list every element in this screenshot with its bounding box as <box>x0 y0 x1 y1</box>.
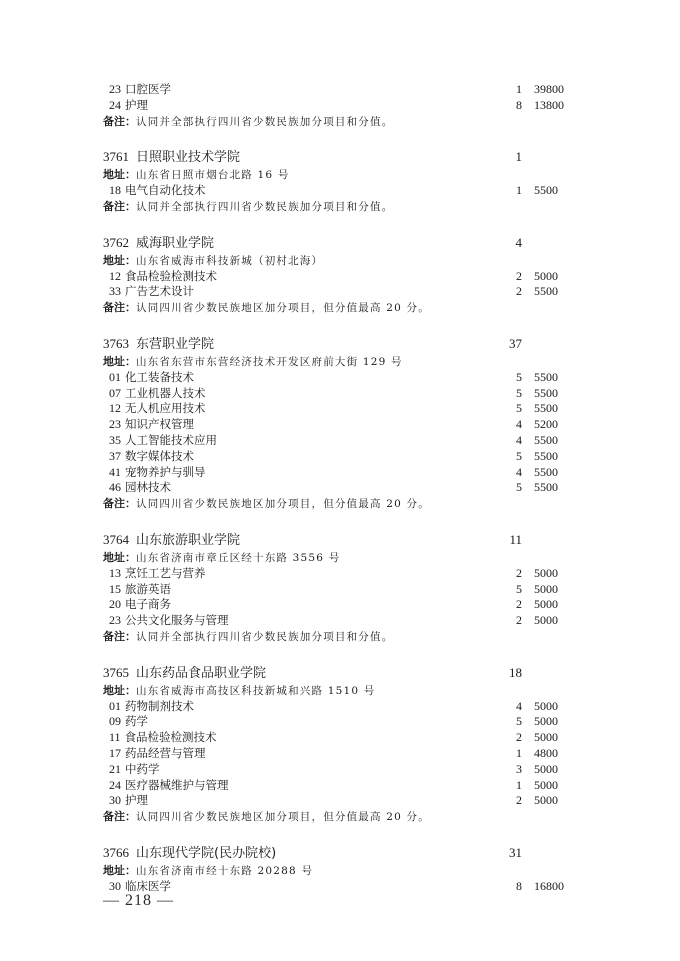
major-fee: 5500 <box>534 386 558 402</box>
school-name: 日照职业技术学院 <box>136 150 240 165</box>
major-row: 41宠物养护与驯导 4 5500 <box>103 465 583 481</box>
address-label: 地址： <box>103 254 136 267</box>
note-label: 备注： <box>103 115 136 128</box>
note-label: 备注： <box>103 200 136 213</box>
document-page: 23口腔医学 1 39800 24护理 8 13800 备注：认同并全部执行四川… <box>103 82 583 894</box>
major-quota: 2 <box>492 566 522 582</box>
major-name: 化工装备技术 <box>125 370 194 384</box>
address-text: 山东省威海市科技新城（初村北海） <box>136 255 323 267</box>
school-header: 3764山东旅游职业学院 11 <box>103 530 583 550</box>
major-code: 37 <box>109 449 121 463</box>
major-code: 35 <box>109 433 121 447</box>
major-code: 17 <box>109 746 121 760</box>
major-name: 护理 <box>125 793 148 807</box>
school-quota: 31 <box>492 843 522 863</box>
major-fee: 5000 <box>534 778 558 794</box>
major-name: 临床医学 <box>125 879 171 893</box>
major-code: 21 <box>109 762 121 776</box>
major-row: 13烹饪工艺与营养 2 5000 <box>103 566 583 582</box>
major-quota: 5 <box>492 370 522 386</box>
major-code: 30 <box>109 879 121 893</box>
major-name: 医疗器械维护与管理 <box>125 778 229 792</box>
address-text: 山东省日照市烟台北路 16 号 <box>136 169 290 181</box>
major-row: 23公共文化服务与管理 2 5000 <box>103 613 583 629</box>
major-name: 护理 <box>125 98 148 112</box>
major-code: 23 <box>109 417 121 431</box>
major-name: 知识产权管理 <box>125 417 194 431</box>
school-code: 3762 <box>103 235 129 250</box>
major-quota: 2 <box>492 793 522 809</box>
major-fee: 5000 <box>534 613 558 629</box>
major-code: 24 <box>109 98 121 112</box>
major-name: 药品经营与管理 <box>125 746 206 760</box>
major-row: 33广告艺术设计 2 5500 <box>103 284 583 300</box>
major-quota: 5 <box>492 386 522 402</box>
major-name: 无人机应用技术 <box>125 401 206 415</box>
major-code: 23 <box>109 82 121 96</box>
major-row: 07工业机器人技术 5 5500 <box>103 386 583 402</box>
major-fee: 5200 <box>534 417 558 433</box>
major-quota: 4 <box>492 417 522 433</box>
major-row: 37数字媒体技术 5 5500 <box>103 449 583 465</box>
major-quota: 4 <box>492 699 522 715</box>
major-quota: 2 <box>492 269 522 285</box>
school-quota: 1 <box>492 147 522 167</box>
major-fee: 39800 <box>534 82 564 98</box>
major-fee: 4800 <box>534 746 558 762</box>
address-row: 地址：山东省济南市章丘区经十东路 3556 号 <box>103 550 583 566</box>
major-code: 12 <box>109 269 121 283</box>
major-quota: 3 <box>492 762 522 778</box>
major-quota: 4 <box>492 465 522 481</box>
major-name: 广告艺术设计 <box>125 284 194 298</box>
major-fee: 5500 <box>534 284 558 300</box>
address-row: 地址：山东省威海市高技区科技新城和兴路 1510 号 <box>103 683 583 699</box>
major-code: 23 <box>109 613 121 627</box>
major-fee: 5000 <box>534 762 558 778</box>
major-name: 电子商务 <box>125 597 171 611</box>
major-row: 20电子商务 2 5000 <box>103 597 583 613</box>
major-code: 09 <box>109 714 121 728</box>
note-text: 认同四川省少数民族地区加分项目，但分值最高 20 分。 <box>136 302 430 314</box>
major-code: 07 <box>109 386 121 400</box>
major-row: 15旅游英语 5 5000 <box>103 582 583 598</box>
school-header: 3766山东现代学院(民办院校) 31 <box>103 843 583 863</box>
major-code: 41 <box>109 465 121 479</box>
major-quota: 5 <box>492 480 522 496</box>
school-code: 3764 <box>103 532 129 547</box>
address-row: 地址：山东省日照市烟台北路 16 号 <box>103 167 583 183</box>
note-text: 认同并全部执行四川省少数民族加分项目和分值。 <box>136 116 393 128</box>
address-row: 地址：山东省东营市东营经济技术开发区府前大街 129 号 <box>103 354 583 370</box>
major-row: 12食品检验检测技术 2 5000 <box>103 269 583 285</box>
major-name: 数字媒体技术 <box>125 449 194 463</box>
note-text: 认同并全部执行四川省少数民族加分项目和分值。 <box>136 201 393 213</box>
major-row: 23口腔医学 1 39800 <box>103 82 583 98</box>
note-row: 备注：认同并全部执行四川省少数民族加分项目和分值。 <box>103 114 583 130</box>
address-row: 地址：山东省济南市经十东路 20288 号 <box>103 863 583 879</box>
major-code: 24 <box>109 778 121 792</box>
major-quota: 1 <box>492 778 522 794</box>
major-quota: 8 <box>492 879 522 895</box>
major-row: 17药品经营与管理 1 4800 <box>103 746 583 762</box>
major-name: 旅游英语 <box>125 582 171 596</box>
major-code: 12 <box>109 401 121 415</box>
major-fee: 5500 <box>534 433 558 449</box>
major-quota: 1 <box>492 82 522 98</box>
school-block: 3761日照职业技术学院 1 地址：山东省日照市烟台北路 16 号 18电气自动… <box>103 147 583 214</box>
page-number: — 218 — <box>103 892 174 910</box>
note-text: 认同并全部执行四川省少数民族加分项目和分值。 <box>136 631 393 643</box>
school-header: 3763东营职业学院 37 <box>103 334 583 354</box>
address-text: 山东省济南市经十东路 20288 号 <box>136 865 313 877</box>
major-quota: 1 <box>492 183 522 199</box>
school-block: 3763东营职业学院 37 地址：山东省东营市东营经济技术开发区府前大街 129… <box>103 334 583 512</box>
major-fee: 5000 <box>534 699 558 715</box>
major-code: 01 <box>109 699 121 713</box>
school-quota: 18 <box>492 663 522 683</box>
major-quota: 5 <box>492 714 522 730</box>
major-fee: 5000 <box>534 730 558 746</box>
major-fee: 5000 <box>534 793 558 809</box>
note-row: 备注：认同四川省少数民族地区加分项目，但分值最高 20 分。 <box>103 809 583 825</box>
major-fee: 5500 <box>534 370 558 386</box>
note-row: 备注：认同并全部执行四川省少数民族加分项目和分值。 <box>103 629 583 645</box>
major-fee: 5500 <box>534 480 558 496</box>
major-quota: 4 <box>492 433 522 449</box>
school-header: 3762威海职业学院 4 <box>103 233 583 253</box>
major-name: 工业机器人技术 <box>125 386 206 400</box>
note-row: 备注：认同四川省少数民族地区加分项目，但分值最高 20 分。 <box>103 300 583 316</box>
major-row: 12无人机应用技术 5 5500 <box>103 401 583 417</box>
major-fee: 5000 <box>534 597 558 613</box>
major-code: 46 <box>109 480 121 494</box>
school-block: 3765山东药品食品职业学院 18 地址：山东省威海市高技区科技新城和兴路 15… <box>103 663 583 825</box>
major-row: 30护理 2 5000 <box>103 793 583 809</box>
major-name: 药物制剂技术 <box>125 699 194 713</box>
major-quota: 5 <box>492 449 522 465</box>
major-name: 烹饪工艺与营养 <box>125 566 206 580</box>
note-text: 认同四川省少数民族地区加分项目，但分值最高 20 分。 <box>136 811 430 823</box>
major-row: 01药物制剂技术 4 5000 <box>103 699 583 715</box>
major-row: 09药学 5 5000 <box>103 714 583 730</box>
major-row: 23知识产权管理 4 5200 <box>103 417 583 433</box>
address-label: 地址： <box>103 355 136 368</box>
carryover-section: 23口腔医学 1 39800 24护理 8 13800 备注：认同并全部执行四川… <box>103 82 583 129</box>
address-label: 地址： <box>103 551 136 564</box>
major-code: 13 <box>109 566 121 580</box>
major-code: 30 <box>109 793 121 807</box>
major-fee: 5500 <box>534 401 558 417</box>
major-fee: 5500 <box>534 449 558 465</box>
major-quota: 1 <box>492 746 522 762</box>
major-quota: 2 <box>492 613 522 629</box>
major-code: 33 <box>109 284 121 298</box>
major-name: 食品检验检测技术 <box>125 269 217 283</box>
major-fee: 5500 <box>534 183 558 199</box>
school-name: 威海职业学院 <box>136 236 214 251</box>
school-quota: 37 <box>492 334 522 354</box>
major-fee: 16800 <box>534 879 564 895</box>
major-name: 园林技术 <box>125 480 171 494</box>
address-row: 地址：山东省威海市科技新城（初村北海） <box>103 253 583 269</box>
major-code: 01 <box>109 370 121 384</box>
major-fee: 5000 <box>534 714 558 730</box>
major-row: 21中药学 3 5000 <box>103 762 583 778</box>
address-text: 山东省威海市高技区科技新城和兴路 1510 号 <box>136 685 376 697</box>
major-quota: 8 <box>492 98 522 114</box>
note-label: 备注： <box>103 630 136 643</box>
major-name: 公共文化服务与管理 <box>125 613 229 627</box>
school-quota: 11 <box>492 530 522 550</box>
major-name: 中药学 <box>125 762 160 776</box>
school-code: 3761 <box>103 149 129 164</box>
school-name: 山东现代学院(民办院校) <box>136 846 276 861</box>
major-code: 20 <box>109 597 121 611</box>
address-label: 地址： <box>103 168 136 181</box>
major-row: 24护理 8 13800 <box>103 98 583 114</box>
major-fee: 5000 <box>534 566 558 582</box>
school-quota: 4 <box>492 233 522 253</box>
major-row: 11食品检验检测技术 2 5000 <box>103 730 583 746</box>
major-row: 30临床医学 8 16800 <box>103 879 583 895</box>
note-row: 备注：认同四川省少数民族地区加分项目，但分值最高 20 分。 <box>103 496 583 512</box>
school-block: 3762威海职业学院 4 地址：山东省威海市科技新城（初村北海） 12食品检验检… <box>103 233 583 316</box>
major-row: 01化工装备技术 5 5500 <box>103 370 583 386</box>
major-name: 药学 <box>125 714 148 728</box>
address-text: 山东省东营市东营经济技术开发区府前大街 129 号 <box>136 356 403 368</box>
note-text: 认同四川省少数民族地区加分项目，但分值最高 20 分。 <box>136 498 430 510</box>
school-name: 山东药品食品职业学院 <box>136 666 266 681</box>
school-code: 3763 <box>103 336 129 351</box>
note-row: 备注：认同并全部执行四川省少数民族加分项目和分值。 <box>103 199 583 215</box>
school-block: 3766山东现代学院(民办院校) 31 地址：山东省济南市经十东路 20288 … <box>103 843 583 895</box>
major-fee: 5000 <box>534 269 558 285</box>
note-label: 备注： <box>103 497 136 510</box>
major-name: 口腔医学 <box>125 82 171 96</box>
note-label: 备注： <box>103 301 136 314</box>
school-header: 3765山东药品食品职业学院 18 <box>103 663 583 683</box>
note-label: 备注： <box>103 810 136 823</box>
major-fee: 5000 <box>534 582 558 598</box>
major-name: 电气自动化技术 <box>125 183 206 197</box>
major-row: 18电气自动化技术 1 5500 <box>103 183 583 199</box>
school-header: 3761日照职业技术学院 1 <box>103 147 583 167</box>
major-code: 18 <box>109 183 121 197</box>
major-code: 15 <box>109 582 121 596</box>
address-text: 山东省济南市章丘区经十东路 3556 号 <box>136 552 340 564</box>
school-name: 东营职业学院 <box>136 337 214 352</box>
major-quota: 2 <box>492 284 522 300</box>
address-label: 地址： <box>103 864 136 877</box>
major-name: 人工智能技术应用 <box>125 433 217 447</box>
major-code: 11 <box>109 730 121 744</box>
address-label: 地址： <box>103 684 136 697</box>
major-quota: 5 <box>492 582 522 598</box>
major-fee: 5500 <box>534 465 558 481</box>
major-row: 46园林技术 5 5500 <box>103 480 583 496</box>
major-name: 食品检验检测技术 <box>125 730 217 744</box>
school-name: 山东旅游职业学院 <box>136 533 240 548</box>
major-fee: 13800 <box>534 98 564 114</box>
major-row: 24医疗器械维护与管理 1 5000 <box>103 778 583 794</box>
school-code: 3765 <box>103 665 129 680</box>
major-quota: 2 <box>492 597 522 613</box>
school-block: 3764山东旅游职业学院 11 地址：山东省济南市章丘区经十东路 3556 号 … <box>103 530 583 645</box>
major-quota: 5 <box>492 401 522 417</box>
major-row: 35人工智能技术应用 4 5500 <box>103 433 583 449</box>
major-name: 宠物养护与驯导 <box>125 465 206 479</box>
school-code: 3766 <box>103 845 129 860</box>
major-quota: 2 <box>492 730 522 746</box>
